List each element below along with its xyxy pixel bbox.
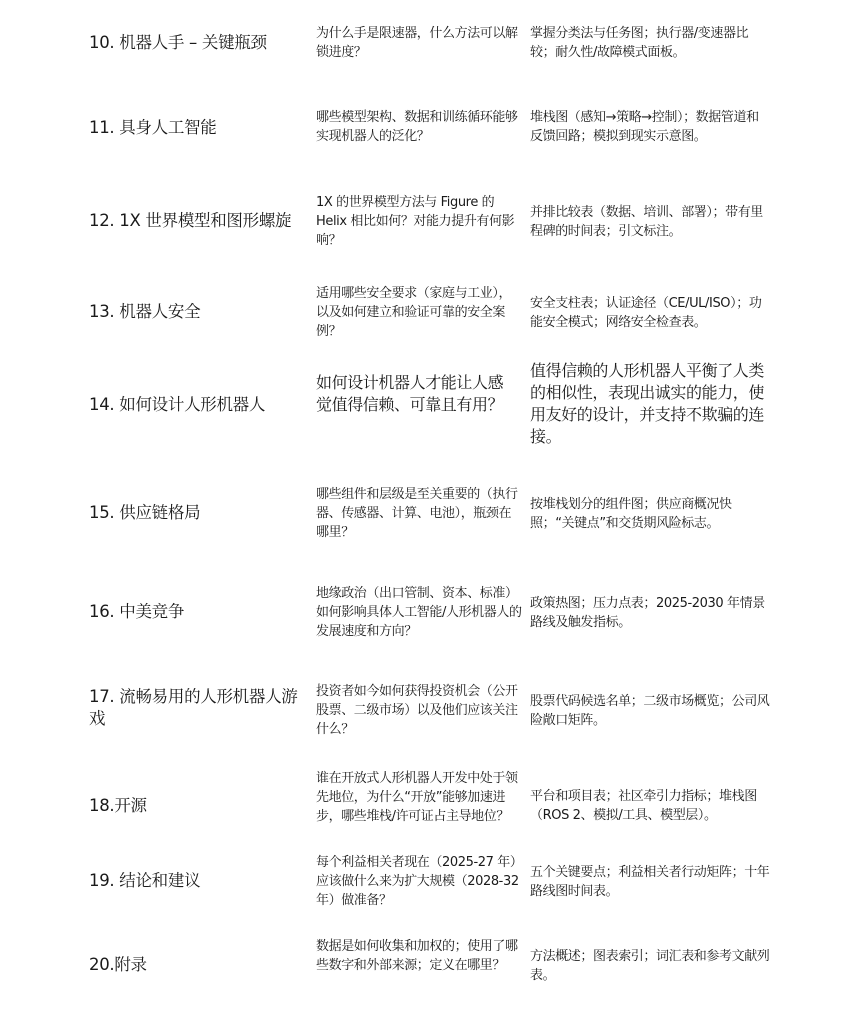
- deliverable: 政策热图；压力点表；2025-2030 年情景路线及触发指标。: [530, 594, 770, 632]
- section-title: 18.开源: [89, 795, 304, 817]
- deliverable: 掌握分类法与任务图；执行器/变速器比较；耐久性/故障模式面板。: [530, 24, 770, 62]
- table-row: 16. 中美竞争 地缘政治（出口管制、资本、标准）如何影响具体人工智能/人形机器…: [0, 584, 865, 644]
- section-title: 19. 结论和建议: [89, 870, 304, 892]
- deliverable: 方法概述；图表索引；词汇表和参考文献列表。: [530, 947, 770, 985]
- section-title: 15. 供应链格局: [89, 502, 304, 524]
- key-question: 为什么手是限速器，什么方法可以解锁进度？: [316, 24, 522, 62]
- table-row: 11. 具身人工智能 哪些模型架构、数据和训练循环能够实现机器人的泛化？ 堆栈图…: [0, 108, 865, 150]
- deliverable: 五个关键要点；利益相关者行动矩阵；十年路线图时间表。: [530, 863, 770, 901]
- key-question: 数据是如何收集和加权的；使用了哪些数字和外部来源；定义在哪里？: [316, 937, 522, 975]
- key-question: 谁在开放式人形机器人开发中处于领先地位，为什么“开放”能够加速进步，哪些堆栈/许…: [316, 769, 522, 826]
- section-title: 11. 具身人工智能: [89, 117, 304, 139]
- table-row: 17. 流畅易用的人形机器人游戏 投资者如今如何获得投资机会（公开股票、二级市场…: [0, 682, 865, 742]
- deliverable: 值得信赖的人形机器人平衡了人类的相似性，表现出诚实的能力，使用友好的设计，并支持…: [530, 360, 770, 448]
- key-question: 1X 的世界模型方法与 Figure 的 Helix 相比如何？对能力提升有何影…: [316, 193, 522, 250]
- section-title: 12. 1X 世界模型和图形螺旋: [89, 210, 304, 232]
- key-question: 如何设计机器人才能让人感觉值得信赖、可靠且有用？: [316, 372, 516, 416]
- section-title: 16. 中美竞争: [89, 601, 304, 623]
- section-title: 17. 流畅易用的人形机器人游戏: [89, 686, 304, 730]
- deliverable: 安全支柱表；认证途径（CE/UL/ISO）；功能安全模式；网络安全检查表。: [530, 294, 770, 332]
- table-row: 10. 机器人手 – 关键瓶颈 为什么手是限速器，什么方法可以解锁进度？ 掌握分…: [0, 22, 865, 64]
- table-row: 13. 机器人安全 适用哪些安全要求（家庭与工业），以及如何建立和验证可靠的安全…: [0, 284, 865, 344]
- section-title: 13. 机器人安全: [89, 301, 304, 323]
- deliverable: 按堆栈划分的组件图；供应商概况快照；“关键点”和交货期风险标志。: [530, 495, 770, 533]
- table-row: 20.附录 数据是如何收集和加权的；使用了哪些数字和外部来源；定义在哪里？ 方法…: [0, 937, 865, 997]
- deliverable: 堆栈图（感知→策略→控制）；数据管道和反馈回路；模拟到现实示意图。: [530, 108, 770, 146]
- deliverable: 平台和项目表；社区牵引力指标；堆栈图（ROS 2、模拟/工具、模型层）。: [530, 787, 770, 825]
- table-row: 19. 结论和建议 每个利益相关者现在（2025-27 年）应该做什么来为扩大规…: [0, 853, 865, 913]
- section-title: 14. 如何设计人形机器人: [89, 394, 304, 416]
- table-row: 15. 供应链格局 哪些组件和层级是至关重要的（执行器、传感器、计算、电池），瓶…: [0, 485, 865, 545]
- key-question: 投资者如今如何获得投资机会（公开股票、二级市场）以及他们应该关注什么？: [316, 682, 522, 739]
- section-title: 20.附录: [89, 954, 304, 976]
- key-question: 哪些组件和层级是至关重要的（执行器、传感器、计算、电池），瓶颈在哪里？: [316, 485, 522, 542]
- key-question: 每个利益相关者现在（2025-27 年）应该做什么来为扩大规模（2028-32 …: [316, 853, 522, 910]
- key-question: 哪些模型架构、数据和训练循环能够实现机器人的泛化？: [316, 108, 522, 146]
- key-question: 适用哪些安全要求（家庭与工业），以及如何建立和验证可靠的安全案例？: [316, 284, 522, 341]
- table-row: 18.开源 谁在开放式人形机器人开发中处于领先地位，为什么“开放”能够加速进步，…: [0, 769, 865, 847]
- key-question: 地缘政治（出口管制、资本、标准）如何影响具体人工智能/人形机器人的发展速度和方向…: [316, 584, 522, 641]
- section-title: 10. 机器人手 – 关键瓶颈: [89, 32, 304, 54]
- table-row: 14. 如何设计人形机器人 如何设计机器人才能让人感觉值得信赖、可靠且有用？ 值…: [0, 360, 865, 450]
- deliverable: 股票代码候选名单；二级市场概览；公司风险敞口矩阵。: [530, 692, 770, 730]
- deliverable: 并排比较表（数据、培训、部署）；带有里程碑的时间表；引文标注。: [530, 203, 770, 241]
- table-row: 12. 1X 世界模型和图形螺旋 1X 的世界模型方法与 Figure 的 He…: [0, 193, 865, 253]
